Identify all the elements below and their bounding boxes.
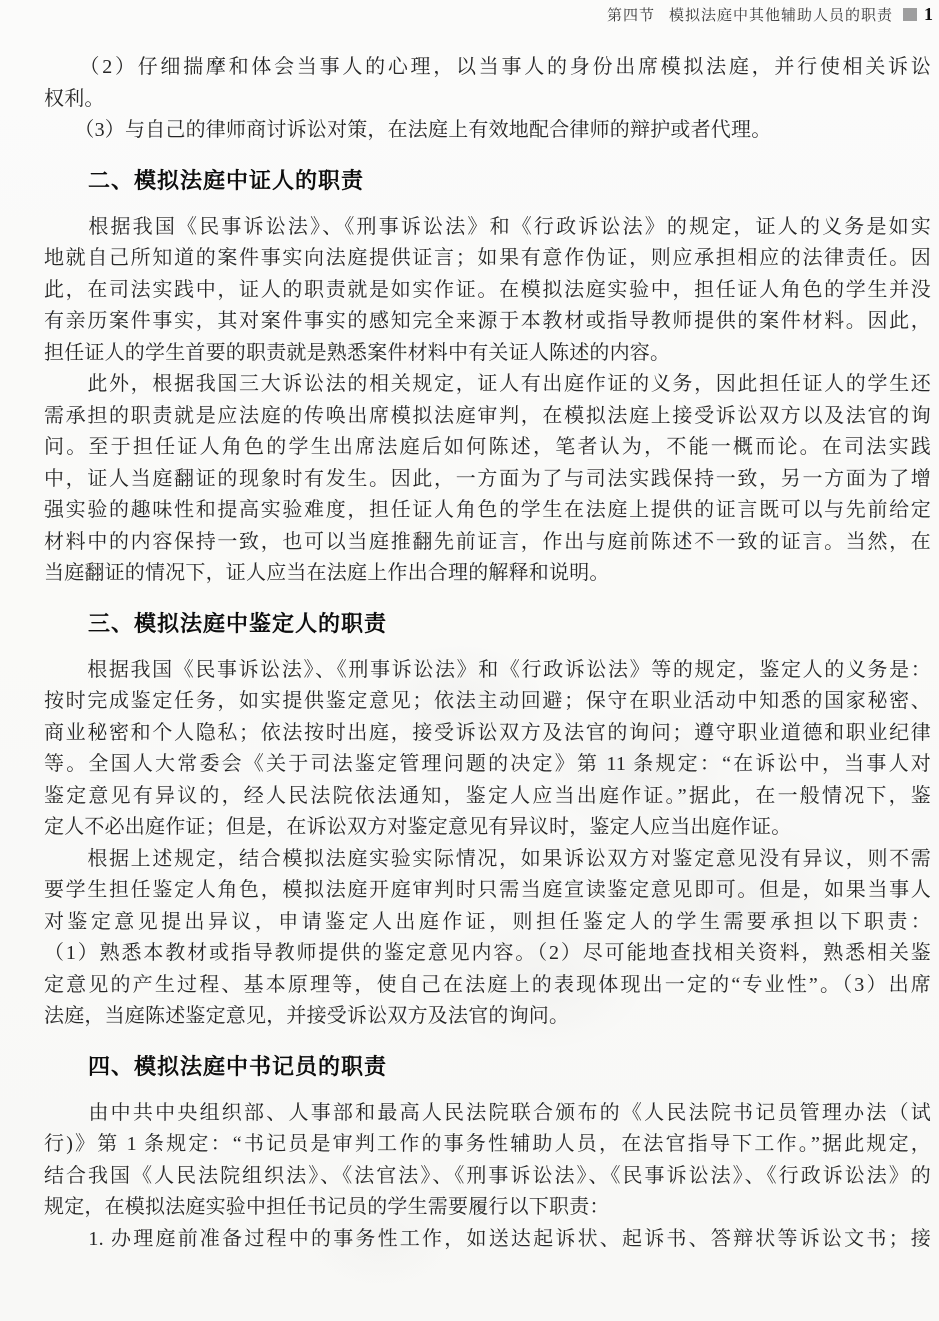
- text-line: 商业秘密和个人隐私；依法按时出庭，接受诉讼双方及法官的询问；遵守职业道德和职业纪…: [44, 718, 931, 750]
- paragraph: 1. 办理庭前准备过程中的事务性工作，如送达起诉状、起诉书、答辩状等诉讼文书；接: [44, 1224, 931, 1256]
- text-line: 规定，在模拟法庭实验中担任书记员的学生需要履行以下职责：: [44, 1192, 931, 1224]
- paragraph: 此外，根据我国三大诉讼法的相关规定，证人有出庭作证的义务，因此担任证人的学生还需…: [44, 369, 931, 590]
- text-line: 当庭翻证的情况下，证人应当在法庭上作出合理的解释和说明。: [44, 558, 931, 590]
- page-marker-square-icon: [903, 8, 917, 21]
- text-line: （1）熟悉本教材或指导教师提供的鉴定意见内容。（2）尽可能地查找相关资料，熟悉相…: [44, 938, 931, 970]
- paragraph: 由中共中央组织部、人事部和最高人民法院联合颁布的《人民法院书记员管理办法（试行)…: [44, 1098, 931, 1224]
- text-line: 需承担的职责就是应法庭的传唤出席模拟法庭审判，在模拟法庭上接受诉讼双方以及法官的…: [44, 401, 931, 433]
- text-line: 问。至于担任证人角色的学生出席法庭后如何陈述，笔者认为，不能一概而论。在司法实践: [44, 432, 931, 464]
- running-head: 第四节模拟法庭中其他辅助人员的职责1: [0, 0, 939, 26]
- section-heading: 四、模拟法庭中书记员的职责: [88, 1052, 931, 1082]
- text-line: 鉴定意见有异议的，经人民法院依法通知，鉴定人应当出庭作证。”据此，在一般情况下，…: [44, 781, 931, 813]
- text-line: 定意见的产生过程、基本原理等，使自己在法庭上的表现体现出一定的“专业性”。（3）…: [44, 970, 931, 1002]
- text-line: 地就自己所知道的案件事实向法庭提供证言；如果有意作伪证，则应承担相应的法律责任。…: [44, 243, 931, 275]
- text-line: 要学生担任鉴定人角色，模拟法庭开庭审判时只需当庭宣读鉴定意见即可。但是，如果当事…: [44, 875, 931, 907]
- text-line: 此，在司法实践中，证人的职责就是如实作证。在模拟法庭实验中，担任证人角色的学生并…: [44, 275, 931, 307]
- text-line: 对鉴定意见提出异议，申请鉴定人出庭作证，则担任鉴定人的学生需要承担以下职责：: [44, 907, 931, 939]
- running-head-title: 模拟法庭中其他辅助人员的职责: [669, 8, 893, 24]
- paragraph: （2）仔细揣摩和体会当事人的心理，以当事人的身份出席模拟法庭，并行使相关诉讼权利…: [44, 52, 931, 115]
- book-page: 第四节模拟法庭中其他辅助人员的职责1 （2）仔细揣摩和体会当事人的心理，以当事人…: [0, 0, 939, 1321]
- text-line: 法庭，当庭陈述鉴定意见，并接受诉讼双方及法官的询问。: [44, 1001, 931, 1033]
- text-line: 有亲历案件事实，其对案件事实的感知完全来源于本教材或指导教师提供的案件材料。因此…: [44, 306, 931, 338]
- text-line: 此外，根据我国三大诉讼法的相关规定，证人有出庭作证的义务，因此担任证人的学生还: [44, 369, 931, 401]
- text-line: 根据我国《民事诉讼法》、《刑事诉讼法》和《行政诉讼法》等的规定，鉴定人的义务是：: [44, 655, 931, 687]
- text-line: 行)》第 1 条规定：“书记员是审判工作的事务性辅助人员，在法官指导下工作。”据…: [44, 1129, 931, 1161]
- text-line: 1. 办理庭前准备过程中的事务性工作，如送达起诉状、起诉书、答辩状等诉讼文书；接: [44, 1224, 931, 1256]
- text-line: 由中共中央组织部、人事部和最高人民法院联合颁布的《人民法院书记员管理办法（试: [44, 1098, 931, 1130]
- text-line: 强实验的趣味性和提高实验难度，担任证人角色的学生在法庭上提供的证言既可以与先前给…: [44, 495, 931, 527]
- section-heading: 二、模拟法庭中证人的职责: [88, 166, 931, 196]
- paragraph: （3）与自己的律师商讨诉讼对策，在法庭上有效地配合律师的辩护或者代理。: [44, 115, 931, 147]
- text-line: 定人不必出庭作证；但是，在诉讼双方对鉴定意见有异议时，鉴定人应当出庭作证。: [44, 812, 931, 844]
- running-head-section: 第四节: [607, 8, 655, 24]
- text-line: 等。全国人大常委会《关于司法鉴定管理问题的决定》第 11 条规定：“在诉讼中，当…: [44, 749, 931, 781]
- paragraph: 根据上述规定，结合模拟法庭实验实际情况，如果诉讼双方对鉴定意见没有异议，则不需要…: [44, 844, 931, 1033]
- text-line: 根据上述规定，结合模拟法庭实验实际情况，如果诉讼双方对鉴定意见没有异议，则不需: [44, 844, 931, 876]
- page-body: （2）仔细揣摩和体会当事人的心理，以当事人的身份出席模拟法庭，并行使相关诉讼权利…: [44, 52, 931, 1255]
- text-line: 材料中的内容保持一致，也可以当庭推翻先前证言，作出与庭前陈述不一致的证言。当然，…: [44, 527, 931, 559]
- text-line: （2）仔细揣摩和体会当事人的心理，以当事人的身份出席模拟法庭，并行使相关诉讼: [44, 52, 931, 84]
- text-line: 权利。: [44, 84, 931, 116]
- text-line: 结合我国《人民法院组织法》、《法官法》、《刑事诉讼法》、《民事诉讼法》、《行政诉…: [44, 1161, 931, 1193]
- section-heading: 三、模拟法庭中鉴定人的职责: [88, 609, 931, 639]
- paragraph: 根据我国《民事诉讼法》、《刑事诉讼法》和《行政诉讼法》的规定，证人的义务是如实地…: [44, 212, 931, 370]
- text-line: （3）与自己的律师商讨诉讼对策，在法庭上有效地配合律师的辩护或者代理。: [44, 115, 931, 147]
- text-line: 担任证人的学生首要的职责就是熟悉案件材料中有关证人陈述的内容。: [44, 338, 931, 370]
- page-number: 1: [924, 4, 934, 24]
- paragraph: 根据我国《民事诉讼法》、《刑事诉讼法》和《行政诉讼法》等的规定，鉴定人的义务是：…: [44, 655, 931, 844]
- text-line: 根据我国《民事诉讼法》、《刑事诉讼法》和《行政诉讼法》的规定，证人的义务是如实: [44, 212, 931, 244]
- text-line: 按时完成鉴定任务，如实提供鉴定意见；依法主动回避；保守在职业活动中知悉的国家秘密…: [44, 686, 931, 718]
- text-line: 中，证人当庭翻证的现象时有发生。因此，一方面为了与司法实践保持一致，另一方面为了…: [44, 464, 931, 496]
